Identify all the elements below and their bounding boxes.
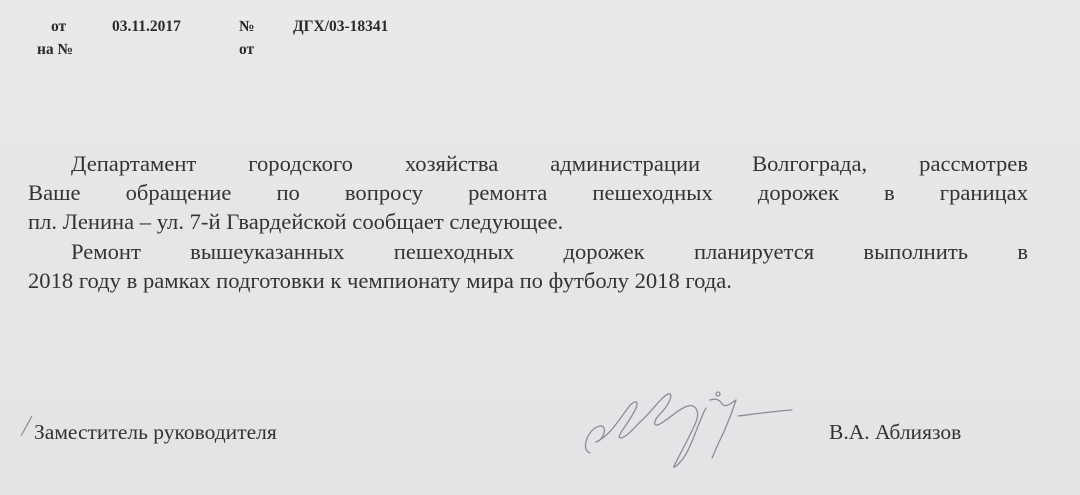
signatory-position: Заместитель руководителя	[34, 420, 277, 445]
number-sign: №	[239, 18, 255, 36]
body-line: Ремонт вышеуказанных пешеходных дорожек …	[28, 237, 1028, 266]
body-line: Департамент городского хозяйства админис…	[28, 149, 1028, 178]
outgoing-date: 03.11.2017	[112, 18, 181, 36]
body-line: 2018 году в рамках подготовки к чемпиона…	[28, 266, 1028, 295]
body-line: пл. Ленина – ул. 7-й Гвардейской сообщае…	[28, 207, 1028, 236]
reply-to-label: на №	[37, 41, 73, 59]
letter-page: от 03.11.2017 № ДГХ/03-18341 на № от Деп…	[0, 0, 1080, 495]
outgoing-number: ДГХ/03-18341	[293, 18, 388, 36]
reply-from-label: от	[239, 41, 254, 59]
paragraph-2: Ремонт вышеуказанных пешеходных дорожек …	[28, 237, 1028, 295]
from-label: от	[51, 18, 66, 36]
handwritten-signature-icon	[560, 378, 830, 468]
body-line: Ваше обращение по вопросу ремонта пешехо…	[28, 178, 1028, 207]
pen-mark-icon	[20, 414, 34, 438]
signatory-name: В.А. Аблиязов	[829, 420, 961, 445]
letter-body: Департамент городского хозяйства админис…	[28, 149, 1028, 295]
paragraph-1: Департамент городского хозяйства админис…	[28, 149, 1028, 237]
